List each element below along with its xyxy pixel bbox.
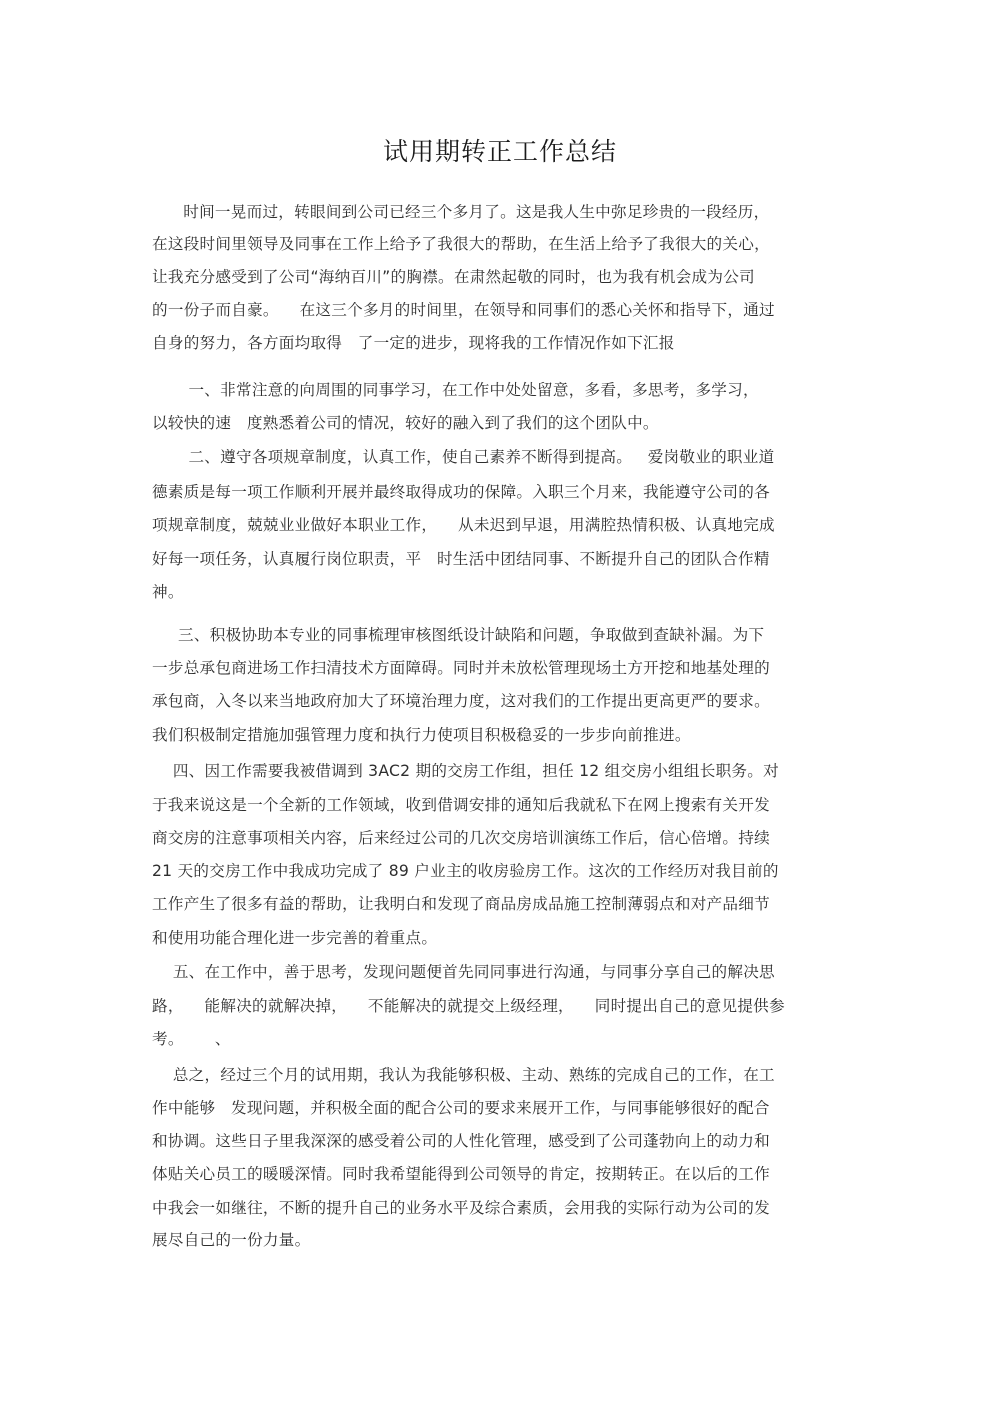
intro-line-4: 的一份子而自豪。 在这三个多月的时间里，在领导和同事们的悉心关怀和指导下，通过 bbox=[152, 299, 842, 321]
point-3-line-4: 我们积极制定措施加强管理力度和执行力使项目积极稳妥的一步步向前推进。 bbox=[152, 724, 842, 746]
point-4-line-3: 商交房的注意事项相关内容，后来经过公司的几次交房培训演练工作后，信心倍增。持续 bbox=[152, 827, 842, 849]
conclusion-line-1: 总之，经过三个月的试用期，我认为我能够积极、主动、熟练的完成自己的工作，在工 bbox=[152, 1064, 842, 1086]
point-3-line-2: 一步总承包商进场工作扫清技术方面障碍。同时并未放松管理现场土方开挖和地基处理的 bbox=[152, 657, 842, 679]
document-page: 试用期转正工作总结 时间一晃而过，转眼间到公司已经三个多月了。这是我人生中弥足珍… bbox=[0, 0, 1000, 1415]
point-1-line-1: 一、非常注意的向周围的同事学习，在工作中处处留意，多看，多思考，多学习， bbox=[152, 379, 842, 401]
point-2-line-5: 神。 bbox=[152, 581, 842, 603]
conclusion-line-6: 展尽自己的一份力量。 bbox=[152, 1229, 842, 1251]
point-5-line-3: 考。 、 bbox=[152, 1028, 842, 1050]
point-1-line-2: 以较快的速 度熟悉着公司的情况，较好的融入到了我们的这个团队中。 bbox=[152, 412, 842, 434]
conclusion-line-2: 作中能够 发现问题，并积极全面的配合公司的要求来展开工作，与同事能够很好的配合 bbox=[152, 1097, 842, 1119]
point-2-line-2: 德素质是每一项工作顺利开展并最终取得成功的保障。入职三个月来，我能遵守公司的各 bbox=[152, 481, 842, 503]
point-3-line-1: 三、积极协助本专业的同事梳理审核图纸设计缺陷和问题，争取做到查缺补漏。为下 bbox=[152, 624, 842, 646]
intro-line-3: 让我充分感受到了公司“海纳百川”的胸襟。在肃然起敬的同时，也为我有机会成为公司 bbox=[152, 266, 842, 288]
point-4-line-1: 四、因工作需要我被借调到 3AC2 期的交房工作组，担任 12 组交房小组组长职… bbox=[152, 760, 842, 782]
point-2-line-1: 二、遵守各项规章制度，认真工作，使自己素养不断得到提高。 爱岗敬业的职业道 bbox=[152, 446, 842, 468]
point-4-line-4: 21 天的交房工作中我成功完成了 89 户业主的收房验房工作。这次的工作经历对我… bbox=[152, 860, 842, 882]
intro-line-2: 在这段时间里领导及同事在工作上给予了我很大的帮助，在生活上给予了我很大的关心， bbox=[152, 233, 842, 255]
point-5-line-1: 五、在工作中，善于思考，发现问题便首先同同事进行沟通，与同事分享自己的解决思 bbox=[152, 961, 842, 983]
intro-line-1: 时间一晃而过，转眼间到公司已经三个多月了。这是我人生中弥足珍贵的一段经历， bbox=[152, 201, 842, 223]
point-2-line-3: 项规章制度，兢兢业业做好本职业工作， 从未迟到早退，用满腔热情积极、认真地完成 bbox=[152, 514, 842, 536]
document-title: 试用期转正工作总结 bbox=[0, 132, 1000, 168]
point-4-line-6: 和使用功能合理化进一步完善的着重点。 bbox=[152, 927, 842, 949]
point-4-line-5: 工作产生了很多有益的帮助，让我明白和发现了商品房成品施工控制薄弱点和对产品细节 bbox=[152, 893, 842, 915]
conclusion-line-4: 体贴关心员工的暖暖深情。同时我希望能得到公司领导的肯定，按期转正。在以后的工作 bbox=[152, 1163, 842, 1185]
point-3-line-3: 承包商，入冬以来当地政府加大了环境治理力度，这对我们的工作提出更高更严的要求。 bbox=[152, 690, 842, 712]
conclusion-line-5: 中我会一如继往，不断的提升自己的业务水平及综合素质，会用我的实际行动为公司的发 bbox=[152, 1197, 842, 1219]
conclusion-line-3: 和协调。这些日子里我深深的感受着公司的人性化管理，感受到了公司蓬勃向上的动力和 bbox=[152, 1130, 842, 1152]
point-5-line-2: 路， 能解决的就解决掉， 不能解决的就提交上级经理， 同时提出自己的意见提供参 bbox=[152, 995, 842, 1017]
intro-line-5: 自身的努力，各方面均取得 了一定的进步，现将我的工作情况作如下汇报 bbox=[152, 332, 842, 354]
point-2-line-4: 好每一项任务，认真履行岗位职责，平 时生活中团结同事、不断提升自己的团队合作精 bbox=[152, 548, 842, 570]
point-4-line-2: 于我来说这是一个全新的工作领域，收到借调安排的通知后我就私下在网上搜索有关开发 bbox=[152, 794, 842, 816]
